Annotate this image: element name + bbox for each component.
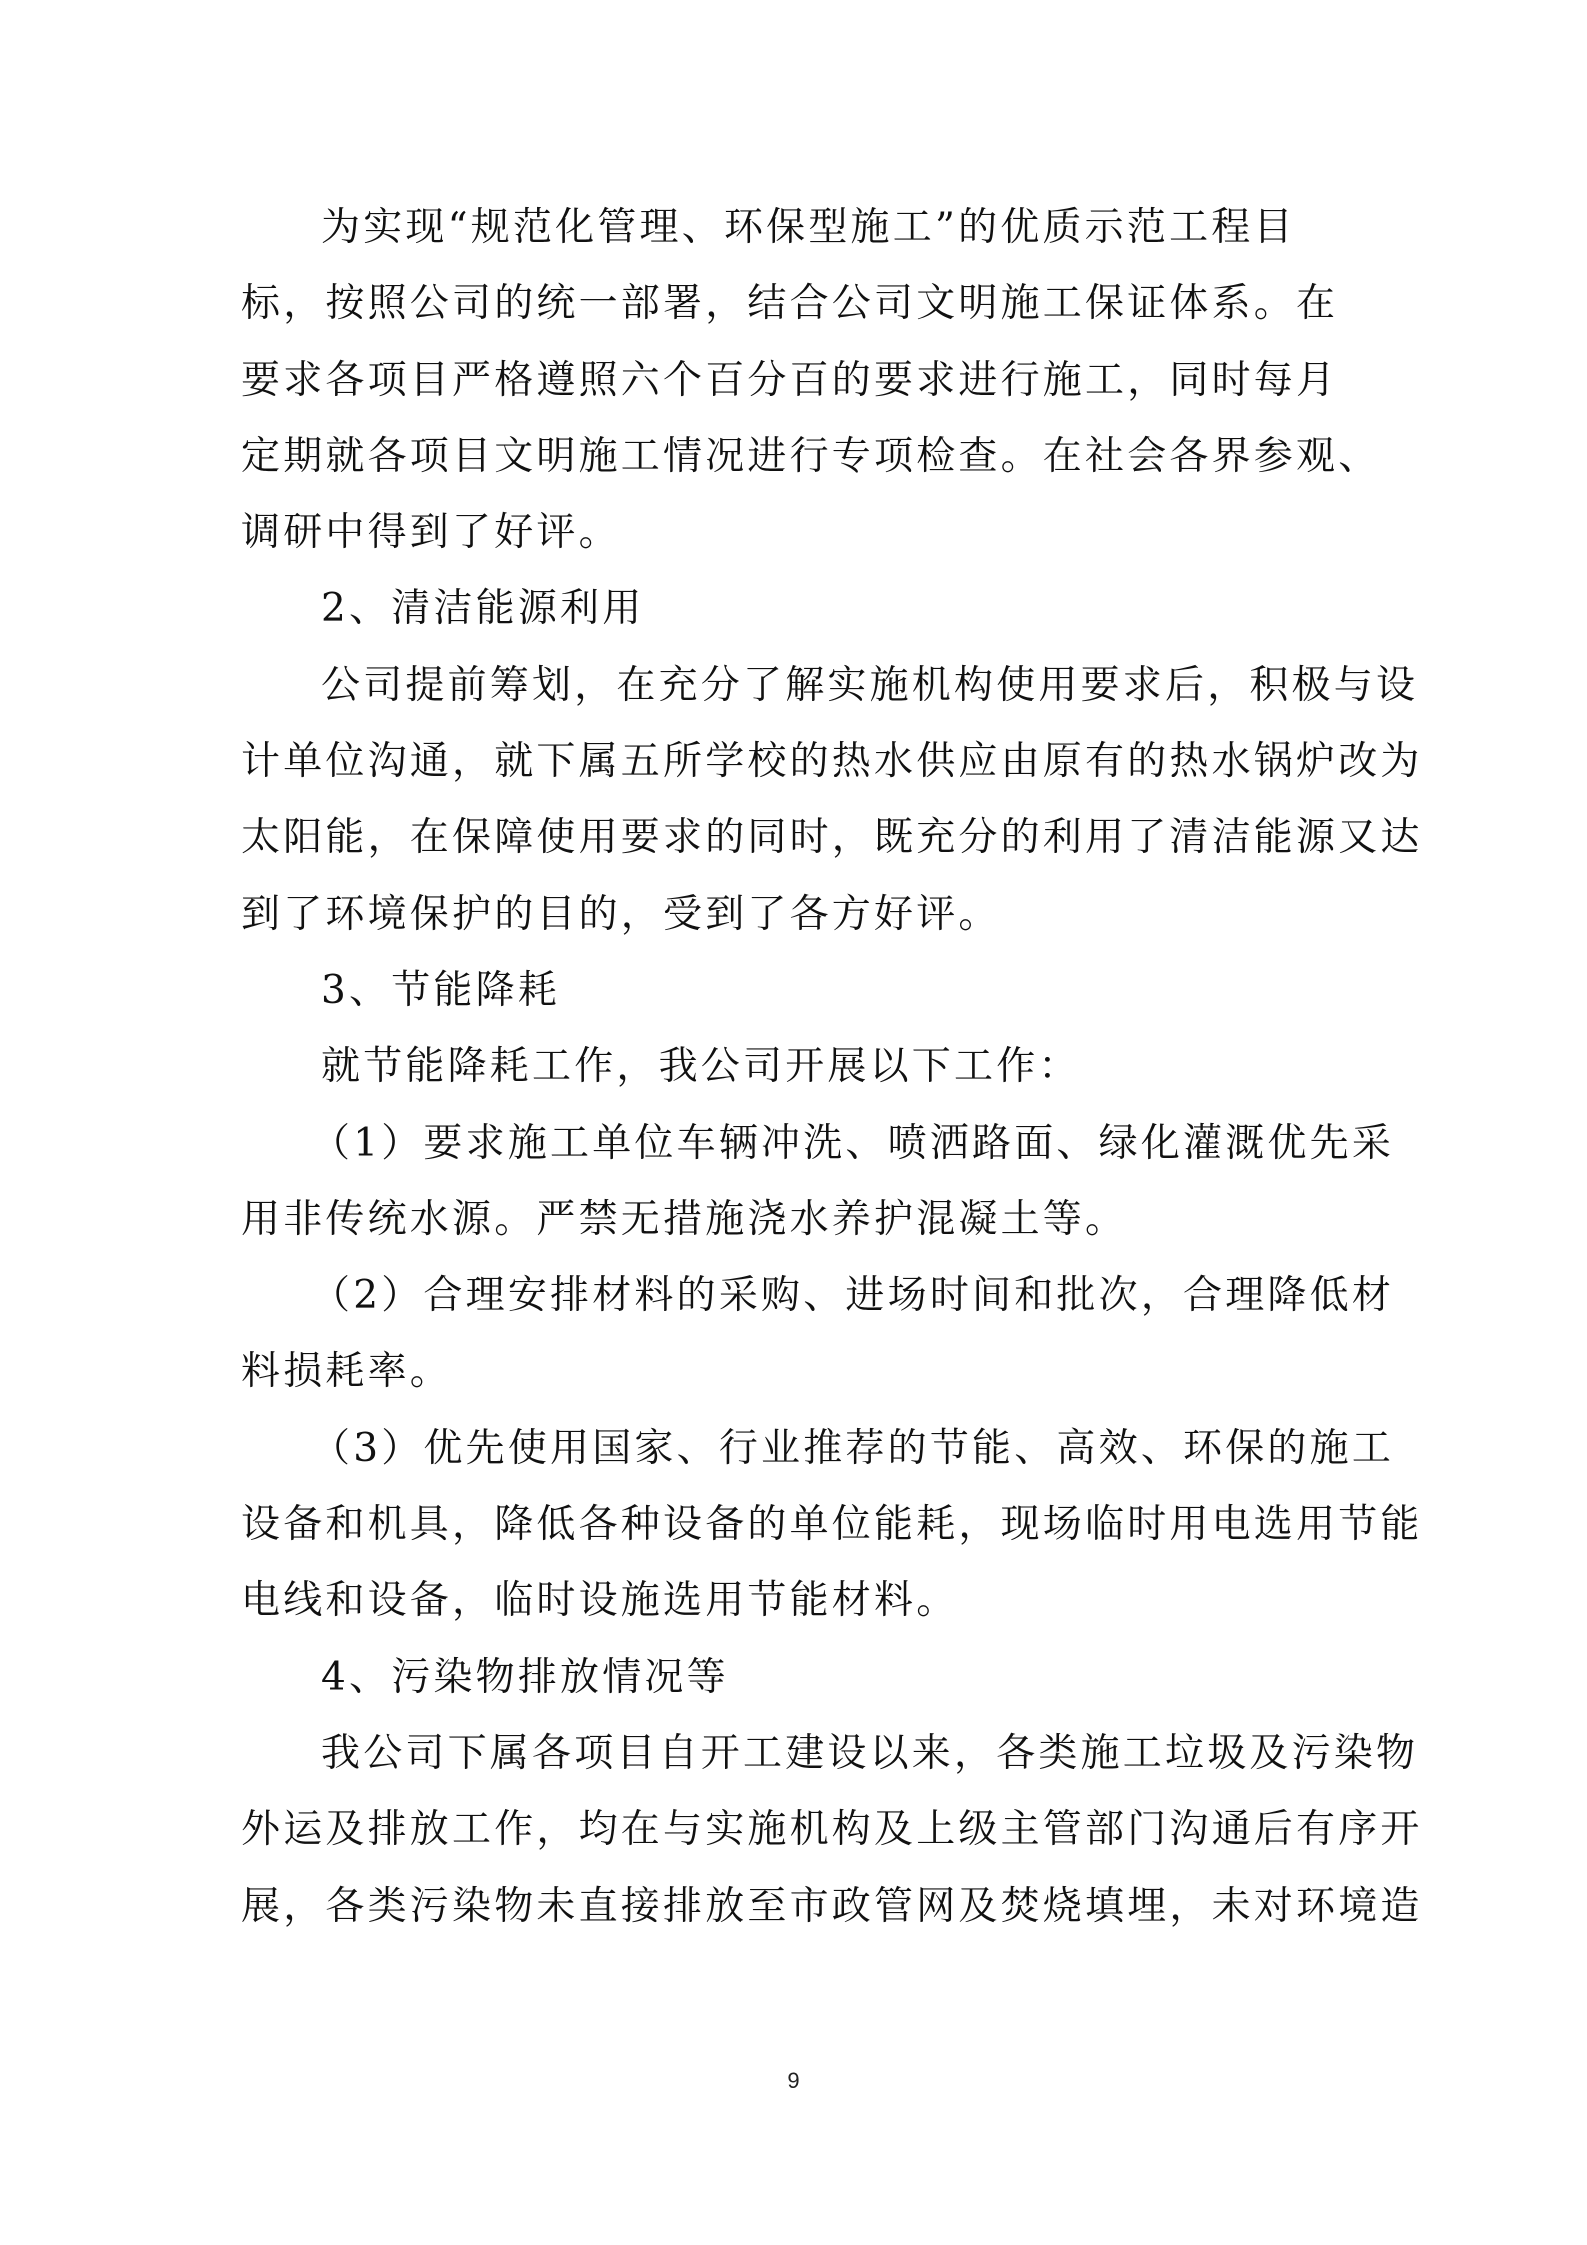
- list-item-line: 设备和机具，降低各种设备的单位能耗，现场临时用电选用节能: [241, 1487, 1381, 1563]
- page-number: 9: [0, 2068, 1587, 2094]
- document-page: 为实现“规范化管理、环保型施工”的优质示范工程目 标，按照公司的统一部署，结合公…: [0, 0, 1587, 2245]
- paragraph-line: 外运及排放工作，均在与实施机构及上级主管部门沟通后有序开: [241, 1792, 1381, 1868]
- list-item-line: 料损耗率。: [241, 1334, 1381, 1410]
- list-item-line: （3）优先使用国家、行业推荐的节能、高效、环保的施工: [241, 1411, 1381, 1487]
- paragraph-line: 定期就各项目文明施工情况进行专项检查。在社会各界参观、: [241, 419, 1381, 495]
- paragraph-line: 为实现“规范化管理、环保型施工”的优质示范工程目: [241, 190, 1381, 266]
- paragraph-line: 公司提前筹划，在充分了解实施机构使用要求后，积极与设: [241, 648, 1381, 724]
- paragraph-line: 到了环境保护的目的，受到了各方好评。: [241, 877, 1381, 953]
- paragraph-line: 调研中得到了好评。: [241, 495, 1381, 571]
- paragraph-line: 就节能降耗工作，我公司开展以下工作：: [241, 1029, 1381, 1105]
- list-item-line: 电线和设备，临时设施选用节能材料。: [241, 1563, 1381, 1639]
- list-item-line: （2）合理安排材料的采购、进场时间和批次，合理降低材: [241, 1258, 1381, 1334]
- paragraph-line: 标，按照公司的统一部署，结合公司文明施工保证体系。在: [241, 266, 1381, 342]
- page-body: 为实现“规范化管理、环保型施工”的优质示范工程目 标，按照公司的统一部署，结合公…: [241, 190, 1381, 1945]
- section-heading-energy-saving: 3、节能降耗: [241, 953, 1381, 1029]
- paragraph-line: 我公司下属各项目自开工建设以来，各类施工垃圾及污染物: [241, 1716, 1381, 1792]
- paragraph-line: 要求各项目严格遵照六个百分百的要求进行施工，同时每月: [241, 343, 1381, 419]
- paragraph-line: 展，各类污染物未直接排放至市政管网及焚烧填埋，未对环境造: [241, 1869, 1381, 1945]
- section-heading-pollutant-discharge: 4、污染物排放情况等: [241, 1640, 1381, 1716]
- paragraph-line: 太阳能，在保障使用要求的同时，既充分的利用了清洁能源又达: [241, 800, 1381, 876]
- paragraph-line: 计单位沟通，就下属五所学校的热水供应由原有的热水锅炉改为: [241, 724, 1381, 800]
- section-heading-clean-energy: 2、清洁能源利用: [241, 571, 1381, 647]
- list-item-line: （1）要求施工单位车辆冲洗、喷洒路面、绿化灌溉优先采: [241, 1106, 1381, 1182]
- list-item-line: 用非传统水源。严禁无措施浇水养护混凝土等。: [241, 1182, 1381, 1258]
